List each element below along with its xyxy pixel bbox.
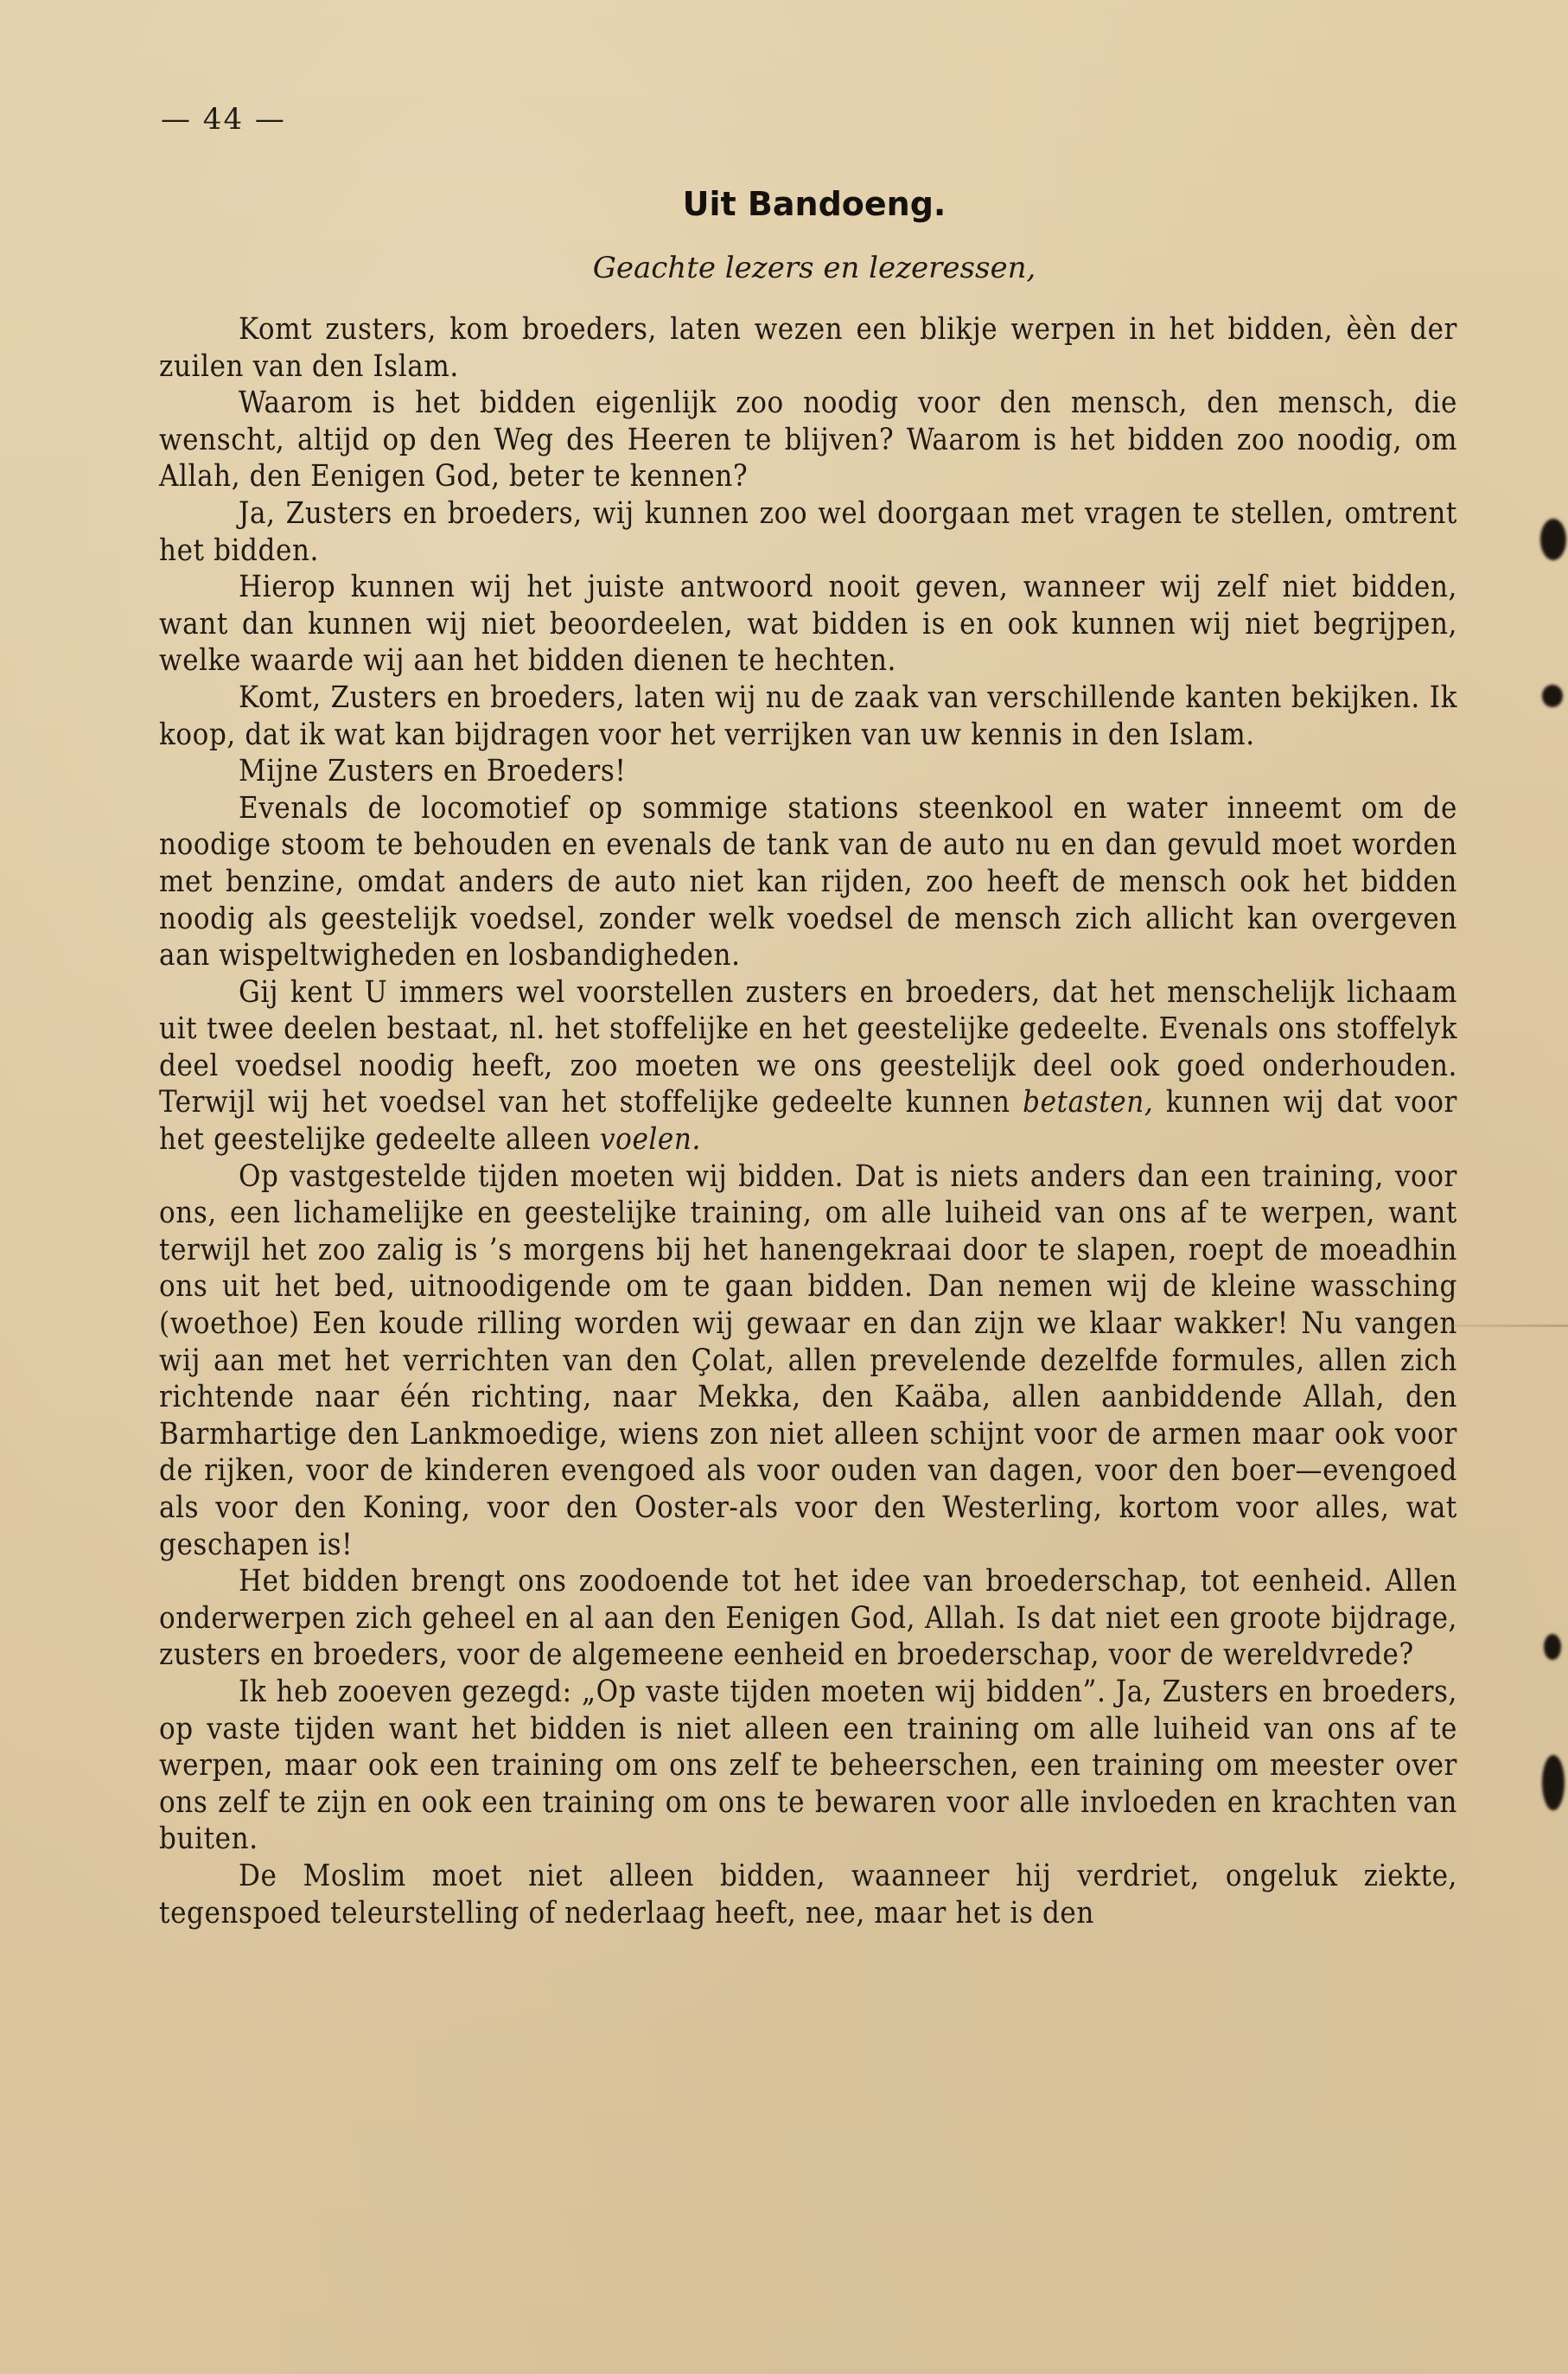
paper-fold — [1400, 1324, 1568, 1327]
emphasis-text: betasten, — [1023, 1085, 1153, 1120]
salutation: Geachte lezers en lezeressen, — [0, 251, 1568, 285]
page-number: — 44 — — [161, 102, 286, 137]
paragraph: Komt, Zusters en broeders, laten wij nu … — [159, 680, 1457, 753]
ink-spot — [1544, 1634, 1561, 1660]
paragraph: Gij kent U immers wel voorstellen zuster… — [159, 974, 1457, 1158]
article-title: Uit Bandoeng. — [0, 185, 1568, 223]
paragraph: De Moslim moet niet alleen bidden, waann… — [159, 1858, 1457, 1931]
paragraph: Komt zusters, kom broeders, laten wezen … — [159, 311, 1457, 385]
ink-spot — [1542, 685, 1563, 707]
ink-spot — [1542, 1755, 1565, 1810]
paragraph: Op vastgestelde tijden moeten wij bidden… — [159, 1158, 1457, 1564]
paragraph: Mijne Zusters en Broeders! — [159, 753, 1457, 790]
article-body: Komt zusters, kom broeders, laten wezen … — [159, 311, 1457, 1931]
emphasis-text: voelen. — [600, 1122, 701, 1157]
paragraph: Ja, Zusters en broeders, wij kunnen zoo … — [159, 495, 1457, 569]
paragraph: Hierop kunnen wij het juiste antwoord no… — [159, 569, 1457, 680]
paragraph: Waarom is het bidden eigenlijk zoo noodi… — [159, 385, 1457, 495]
ink-spot — [1540, 519, 1566, 560]
paragraph: Het bidden brengt ons zoodoende tot het … — [159, 1563, 1457, 1674]
paragraph: Evenals de locomotief op sommige station… — [159, 790, 1457, 974]
paragraph: Ik heb zooeven gezegd: „Op vaste tijden … — [159, 1674, 1457, 1858]
